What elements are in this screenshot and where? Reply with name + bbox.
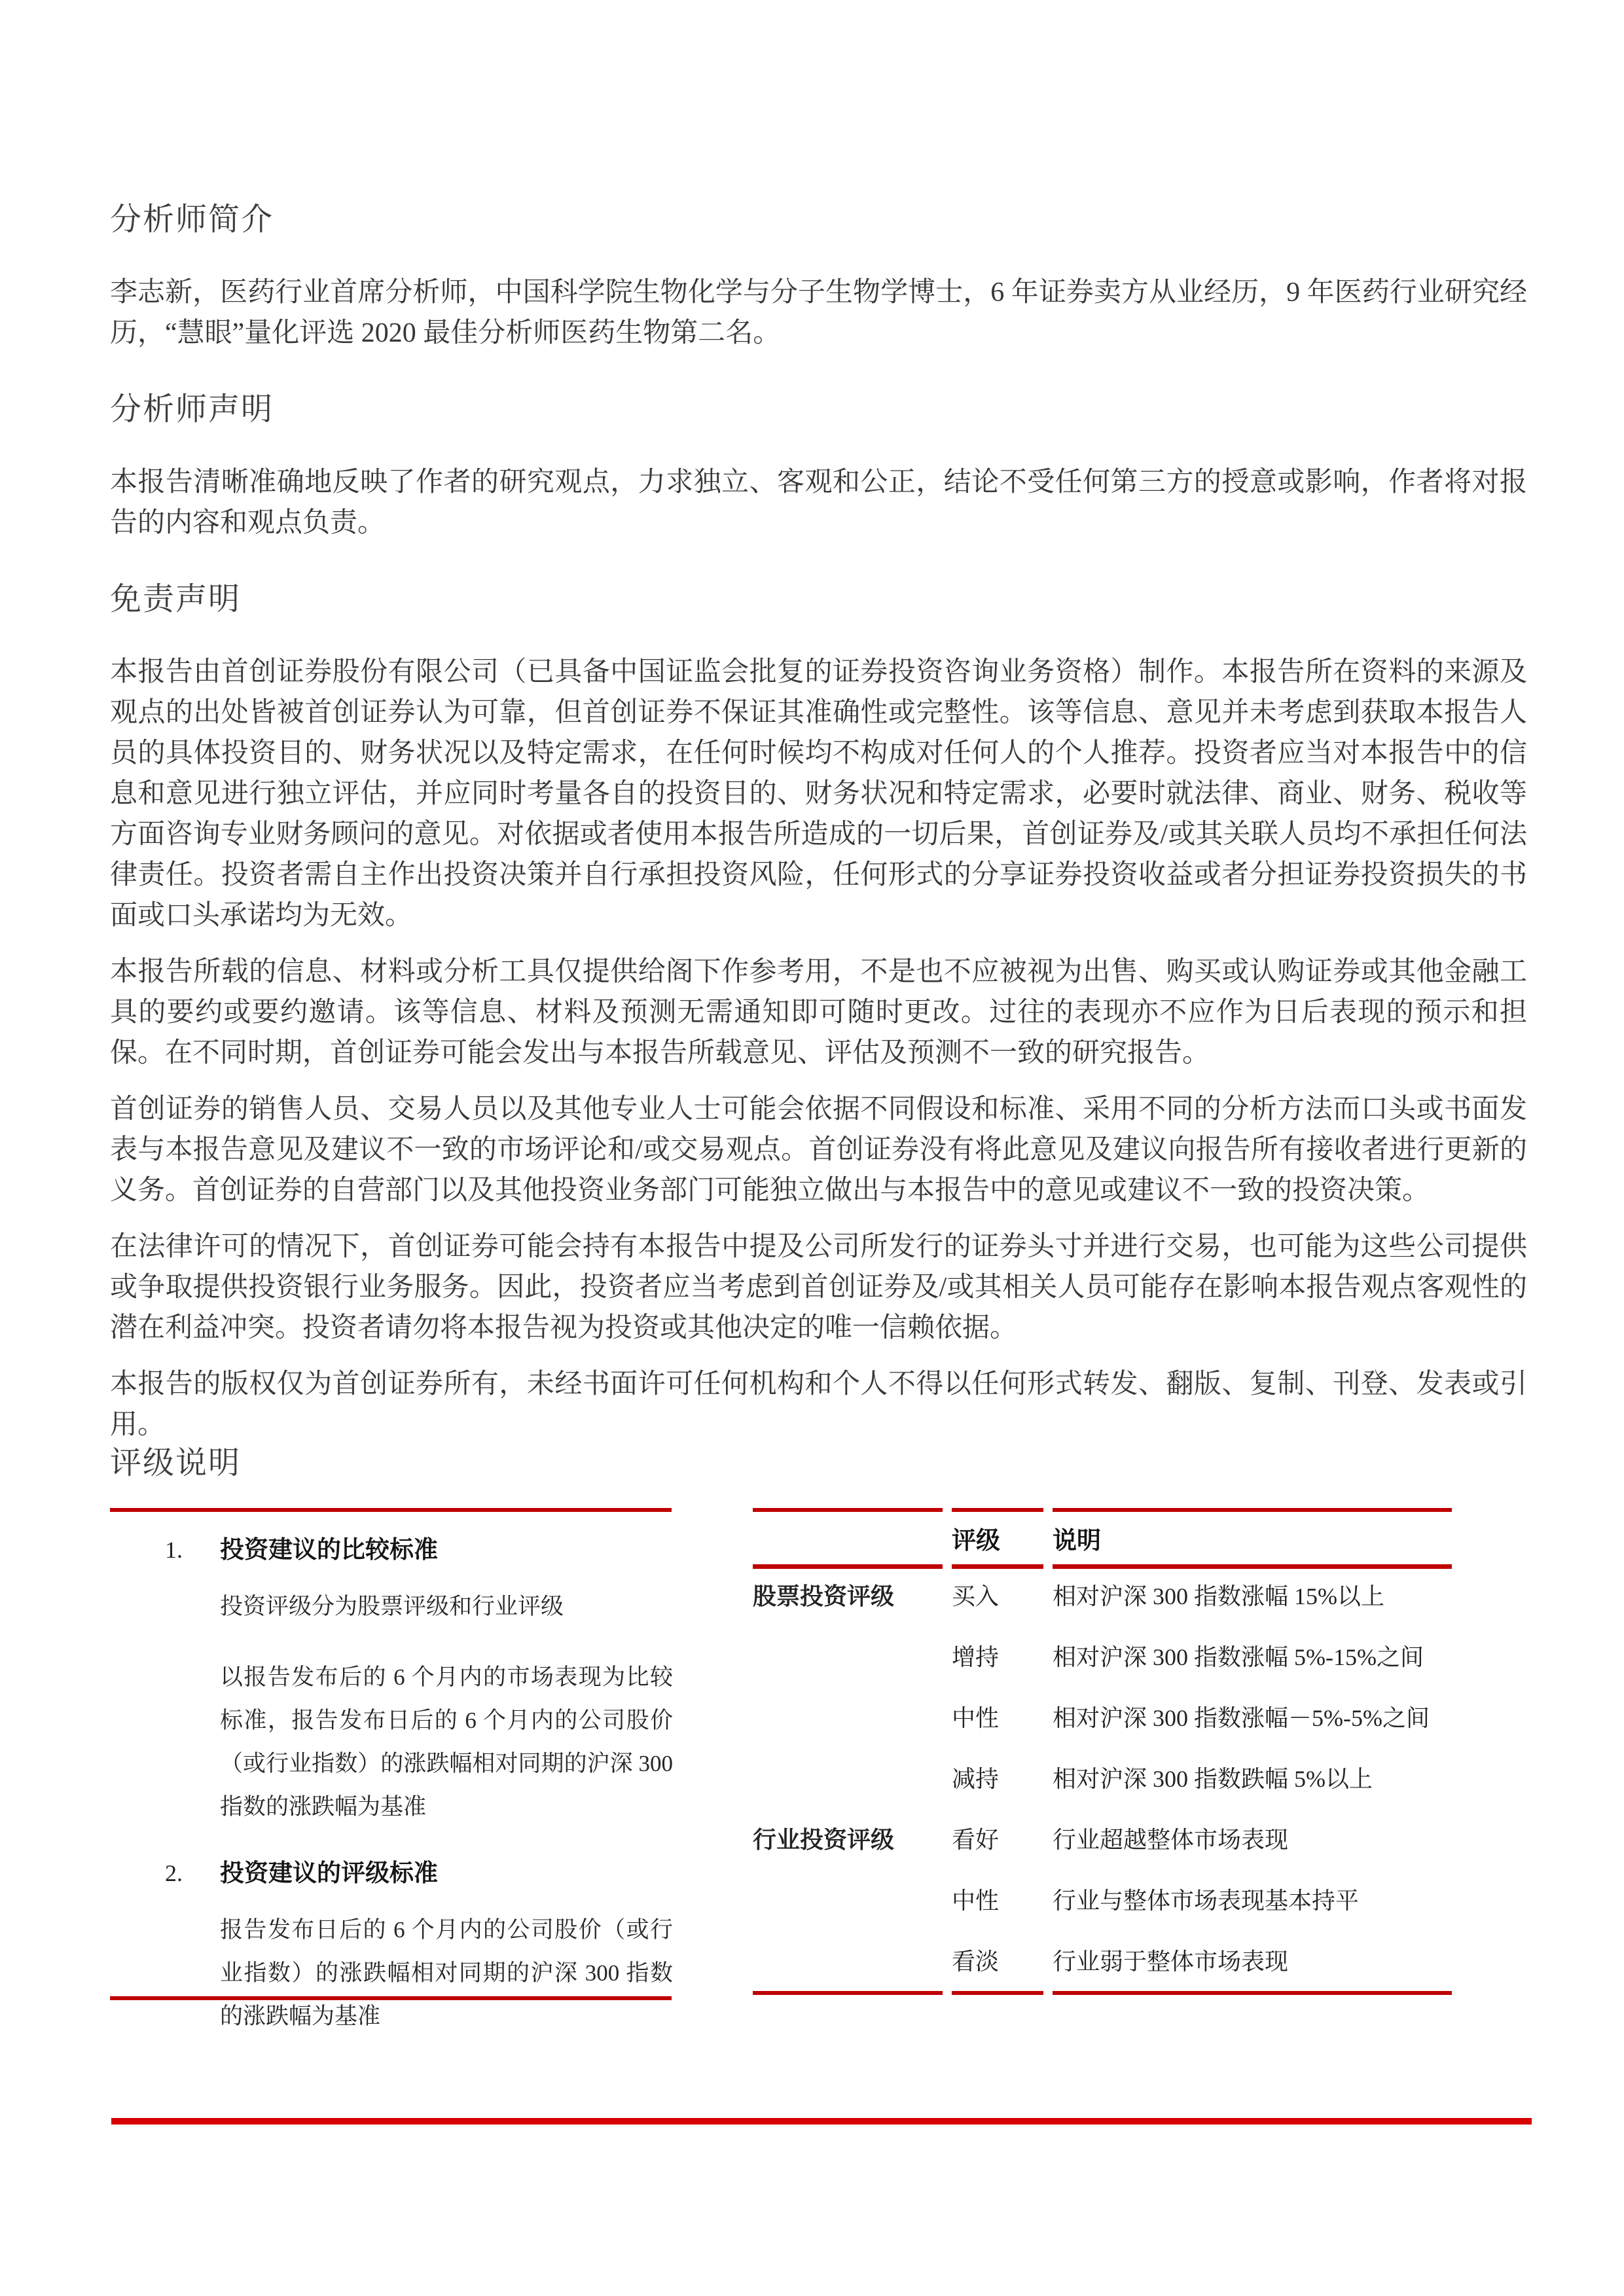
rating-group-label: 股票投资评级 (753, 1569, 943, 1630)
section-rating-notes: 评级说明 1.投资建议的比较标准 投资评级分为股票评级和行业评级 以报告发布后的… (110, 1445, 1527, 2000)
criteria-item-number: 2. (165, 1857, 220, 1889)
section-disclaimer: 免责声明 本报告由首创证券股份有限公司（已具备中国证监会批复的证券投资咨询业务资… (110, 581, 1527, 1445)
rating-table: 评级 说明 股票投资评级 买入 相对沪深 300 指数涨幅 15%以上 增持 相… (744, 1508, 1461, 1995)
rating-group-label (753, 1873, 943, 1934)
rating-value: 中性 (952, 1691, 1043, 1751)
rating-value: 增持 (952, 1630, 1043, 1691)
rating-table-header-rating: 评级 (952, 1508, 1043, 1569)
disclaimer-paragraph: 在法律许可的情况下，首创证券可能会持有本报告中提及公司所发行的证券头寸并进行交易… (110, 1227, 1527, 1348)
rating-group-label (753, 1751, 943, 1812)
criteria-item-title: 投资建议的评级标准 (220, 1859, 438, 1886)
criteria-item-number: 1. (165, 1534, 220, 1566)
analyst-intro-paragraph: 李志新，医药行业首席分析师，中国科学院生物化学与分子生物学博士，6 年证券卖方从… (110, 272, 1527, 353)
disclaimer-paragraph: 首创证券的销售人员、交易人员以及其他专业人士可能会依据不同假设和标准、采用不同的… (110, 1089, 1527, 1211)
criteria-item-paragraph: 报告发布日后的 6 个月内的公司股价（或行业指数）的涨跌幅相对同期的沪深 300… (220, 1909, 673, 2038)
rating-description: 相对沪深 300 指数涨幅 15%以上 (1053, 1569, 1452, 1630)
disclaimer-paragraph: 本报告所载的信息、材料或分析工具仅提供给阁下作参考用，不是也不应被视为出售、购买… (110, 952, 1527, 1073)
criteria-item-heading: 2.投资建议的评级标准 (165, 1857, 672, 1889)
rating-table-row: 中性 相对沪深 300 指数涨幅－5%-5%之间 (753, 1691, 1452, 1751)
section-analyst-intro: 分析师简介 李志新，医药行业首席分析师，中国科学院生物化学与分子生物学博士，6 … (110, 202, 1527, 353)
report-disclaimer-page: 分析师简介 李志新，医药行业首席分析师，中国科学院生物化学与分子生物学博士，6 … (0, 0, 1624, 2296)
criteria-item-heading: 1.投资建议的比较标准 (165, 1534, 672, 1566)
rating-description: 相对沪深 300 指数涨幅－5%-5%之间 (1053, 1691, 1452, 1751)
rating-value: 看淡 (952, 1934, 1043, 1995)
criteria-item-paragraph: 投资评级分为股票评级和行业评级 (220, 1585, 673, 1628)
criteria-item-paragraph: 以报告发布后的 6 个月内的市场表现为比较标准，报告发布日后的 6 个月内的公司… (220, 1656, 673, 1829)
rating-table-row: 股票投资评级 买入 相对沪深 300 指数涨幅 15%以上 (753, 1569, 1452, 1630)
rating-notes-body: 1.投资建议的比较标准 投资评级分为股票评级和行业评级 以报告发布后的 6 个月… (110, 1508, 1527, 2000)
analyst-statement-title: 分析师声明 (110, 391, 1527, 428)
rating-description: 行业与整体市场表现基本持平 (1053, 1873, 1452, 1934)
page-bottom-rule (111, 2118, 1532, 2125)
rating-description: 行业弱于整体市场表现 (1053, 1934, 1452, 1995)
rating-table-row: 看淡 行业弱于整体市场表现 (753, 1934, 1452, 1995)
rating-table-row: 减持 相对沪深 300 指数跌幅 5%以上 (753, 1751, 1452, 1812)
criteria-item-1: 1.投资建议的比较标准 投资评级分为股票评级和行业评级 以报告发布后的 6 个月… (165, 1534, 672, 1829)
rating-value: 中性 (952, 1873, 1043, 1934)
rating-description: 行业超越整体市场表现 (1053, 1812, 1452, 1873)
rating-criteria-list: 1.投资建议的比较标准 投资评级分为股票评级和行业评级 以报告发布后的 6 个月… (110, 1508, 672, 2000)
rating-group-label: 行业投资评级 (753, 1812, 943, 1873)
disclaimer-title: 免责声明 (110, 581, 1527, 618)
rating-table-header-row: 评级 说明 (753, 1508, 1452, 1569)
analyst-intro-title: 分析师简介 (110, 202, 1527, 238)
disclaimer-paragraph: 本报告的版权仅为首创证券所有，未经书面许可任何机构和个人不得以任何形式转发、翻版… (110, 1364, 1527, 1445)
rating-description: 相对沪深 300 指数涨幅 5%-15%之间 (1053, 1630, 1452, 1691)
content-area: 分析师简介 李志新，医药行业首席分析师，中国科学院生物化学与分子生物学博士，6 … (110, 202, 1527, 1483)
criteria-item-2: 2.投资建议的评级标准 报告发布日后的 6 个月内的公司股价（或行业指数）的涨跌… (165, 1857, 672, 2038)
rating-table-row: 中性 行业与整体市场表现基本持平 (753, 1873, 1452, 1934)
rating-value: 减持 (952, 1751, 1043, 1812)
criteria-item-title: 投资建议的比较标准 (220, 1536, 438, 1563)
rating-group-label (753, 1934, 943, 1995)
rating-description: 相对沪深 300 指数跌幅 5%以上 (1053, 1751, 1452, 1812)
rating-table-row: 增持 相对沪深 300 指数涨幅 5%-15%之间 (753, 1630, 1452, 1691)
rating-value: 看好 (952, 1812, 1043, 1873)
rating-table-header-desc: 说明 (1053, 1508, 1452, 1569)
rating-group-label (753, 1691, 943, 1751)
rating-table-header-spacer (753, 1508, 943, 1569)
rating-table-row: 行业投资评级 看好 行业超越整体市场表现 (753, 1812, 1452, 1873)
analyst-statement-paragraph: 本报告清晰准确地反映了作者的研究观点，力求独立、客观和公正，结论不受任何第三方的… (110, 462, 1527, 543)
rating-notes-title: 评级说明 (110, 1445, 1527, 1482)
section-analyst-statement: 分析师声明 本报告清晰准确地反映了作者的研究观点，力求独立、客观和公正，结论不受… (110, 391, 1527, 543)
disclaimer-paragraph: 本报告由首创证券股份有限公司（已具备中国证监会批复的证券投资咨询业务资格）制作。… (110, 652, 1527, 936)
rating-group-label (753, 1630, 943, 1691)
rating-value: 买入 (952, 1569, 1043, 1630)
